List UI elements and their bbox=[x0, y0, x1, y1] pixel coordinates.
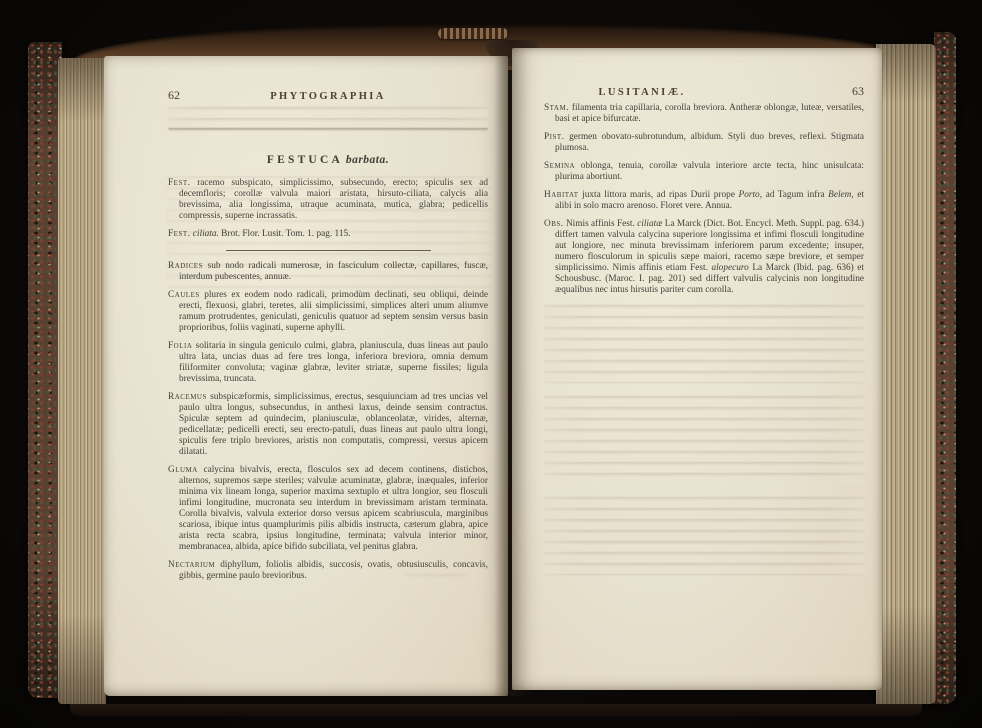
paragraph: Obs. Nimis affinis Fest. ciliatæ La Marc… bbox=[544, 219, 864, 296]
paragraph: Nectarium diphyllum, foliolis albidis, s… bbox=[168, 560, 488, 582]
paragraph: Fest. racemo subspicato, simplicissimo, … bbox=[168, 178, 488, 222]
paragraph: Folia solitaria in singula geniculo culm… bbox=[168, 341, 488, 385]
book-bottom-edge bbox=[70, 704, 922, 716]
show-through-block-2 bbox=[544, 396, 864, 484]
paragraph: Habitat juxta littora maris, ad ripas Du… bbox=[544, 190, 864, 212]
paragraph: Racemus subspicæformis, simplicissimus, … bbox=[168, 392, 488, 458]
left-page-text-area: 62 PHYTOGRAPHIA FESTUCA barbata. Fest. r… bbox=[104, 56, 508, 696]
right-page-header: LUSITANIÆ. 63 bbox=[544, 86, 864, 99]
right-page-edge-stack bbox=[876, 44, 936, 704]
show-through-block-3 bbox=[544, 497, 864, 575]
left-page-paragraphs: Fest. racemo subspicato, simplicissimo, … bbox=[168, 178, 488, 582]
left-running-title: PHYTOGRAPHIA bbox=[270, 91, 386, 102]
right-page-text-area: LUSITANIÆ. 63 Stam. filamenta tria capil… bbox=[512, 48, 882, 690]
paragraph: Gluma calycina bivalvis, erecta, floscul… bbox=[168, 465, 488, 553]
left-marbled-cover bbox=[28, 42, 62, 698]
show-through-block-1 bbox=[544, 305, 864, 383]
right-page-paragraphs: Stam. filamenta tria capillaria, corolla… bbox=[544, 103, 864, 296]
genus-name: FESTUCA bbox=[267, 154, 343, 166]
right-page: LUSITANIÆ. 63 Stam. filamenta tria capil… bbox=[512, 48, 882, 690]
show-through-ruled-line bbox=[168, 107, 488, 129]
paragraph: Radices sub nodo radicali numerosæ, in f… bbox=[168, 261, 488, 283]
right-marbled-cover bbox=[934, 32, 956, 704]
right-page-number: 63 bbox=[852, 86, 864, 97]
paragraph: Caules plures ex eodem nodo radicali, pr… bbox=[168, 290, 488, 334]
paragraph: Semina oblonga, tenuia, corollæ valvula … bbox=[544, 161, 864, 183]
paragraph: Pist. germen obovato-subrotundum, albidu… bbox=[544, 132, 864, 154]
left-page: 62 PHYTOGRAPHIA FESTUCA barbata. Fest. r… bbox=[104, 56, 508, 696]
paragraph: Stam. filamenta tria capillaria, corolla… bbox=[544, 103, 864, 125]
headband bbox=[438, 28, 508, 39]
left-page-header: 62 PHYTOGRAPHIA bbox=[168, 90, 488, 103]
species-epithet: barbata. bbox=[346, 154, 389, 166]
left-page-edge-stack bbox=[58, 58, 106, 704]
species-title: FESTUCA barbata. bbox=[168, 155, 488, 166]
book-photo-scene: 62 PHYTOGRAPHIA FESTUCA barbata. Fest. r… bbox=[0, 0, 982, 728]
paragraph: Fest. ciliata. Brot. Flor. Lusit. Tom. 1… bbox=[168, 229, 488, 240]
left-page-number: 62 bbox=[168, 90, 190, 101]
section-divider-rule bbox=[226, 250, 431, 251]
right-running-title: LUSITANIÆ. bbox=[598, 87, 685, 98]
